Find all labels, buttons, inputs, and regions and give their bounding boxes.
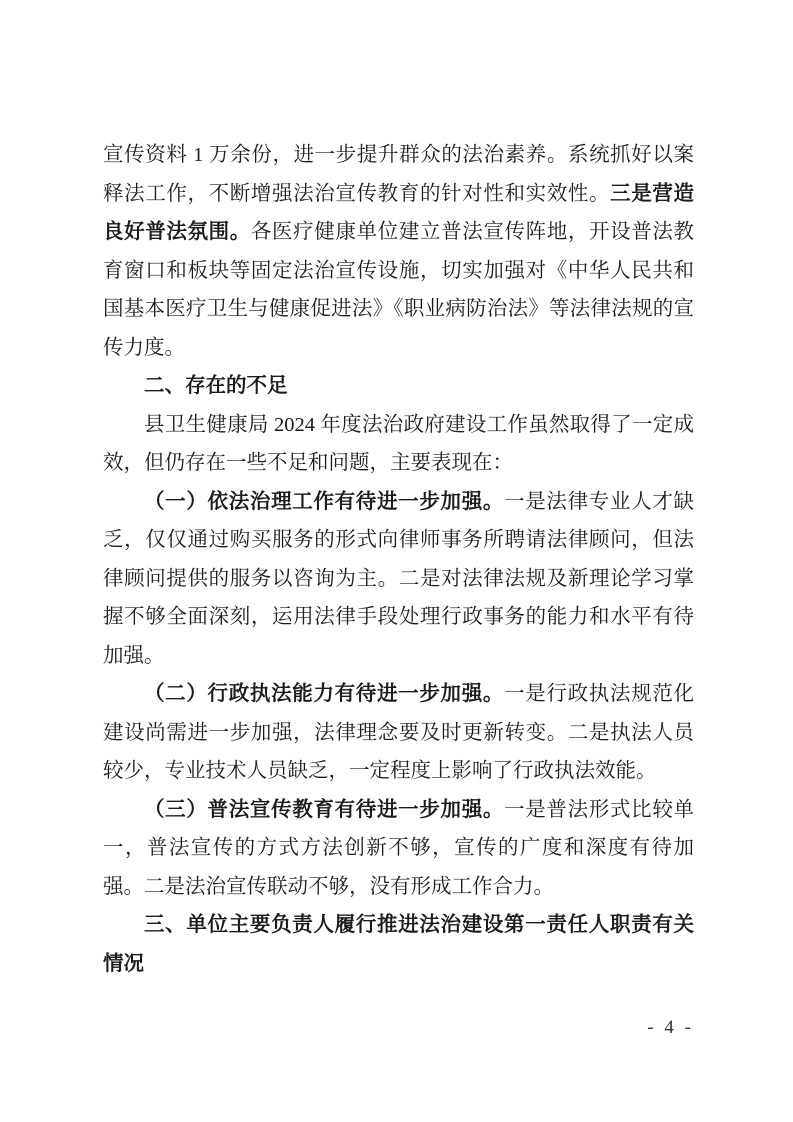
page-number: - 4 - (647, 1017, 694, 1038)
paragraph-text-run: 宣传资料 1 万余份，进一步提升群众的法治素养。系统抓好以案释法工作，不断增强法… (103, 144, 694, 205)
item-1-lead-bold: （一）依法治理工作有待进一步加强。 (144, 490, 504, 513)
deficiency-item-2: （二）行政执法能力有待进一步加强。一是行政执法规范化建设尚需进一步加强，法律理念… (103, 675, 694, 791)
section-2-heading: 二、存在的不足 (103, 367, 694, 406)
section-2-intro-paragraph: 县卫生健康局 2024 年度法治政府建设工作虽然取得了一定成效，但仍存在一些不足… (103, 406, 694, 483)
item-1-body-text: 一是法律专业人才缺乏，仅仅通过购买服务的形式向律师事务所聘请法律顾问，但法律顾问… (103, 491, 694, 667)
page-footer: - 4 - (103, 1016, 694, 1040)
document-page: 宣传资料 1 万余份，进一步提升群众的法治素养。系统抓好以案释法工作，不断增强法… (0, 0, 793, 1122)
item-3-lead-bold: （三）普法宣传教育有待进一步加强。 (144, 798, 504, 821)
deficiency-item-1: （一）依法治理工作有待进一步加强。一是法律专业人才缺乏，仅仅通过购买服务的形式向… (103, 483, 694, 676)
section-3-heading: 三、单位主要负责人履行推进法治建设第一责任人职责有关情况 (103, 906, 694, 983)
item-2-lead-bold: （二）行政执法能力有待进一步加强。 (144, 682, 504, 705)
deficiency-item-3: （三）普法宣传教育有待进一步加强。一是普法形式比较单一，普法宣传的方式方法创新不… (103, 791, 694, 907)
continued-paragraph: 宣传资料 1 万余份，进一步提升群众的法治素养。系统抓好以案释法工作，不断增强法… (103, 136, 694, 367)
